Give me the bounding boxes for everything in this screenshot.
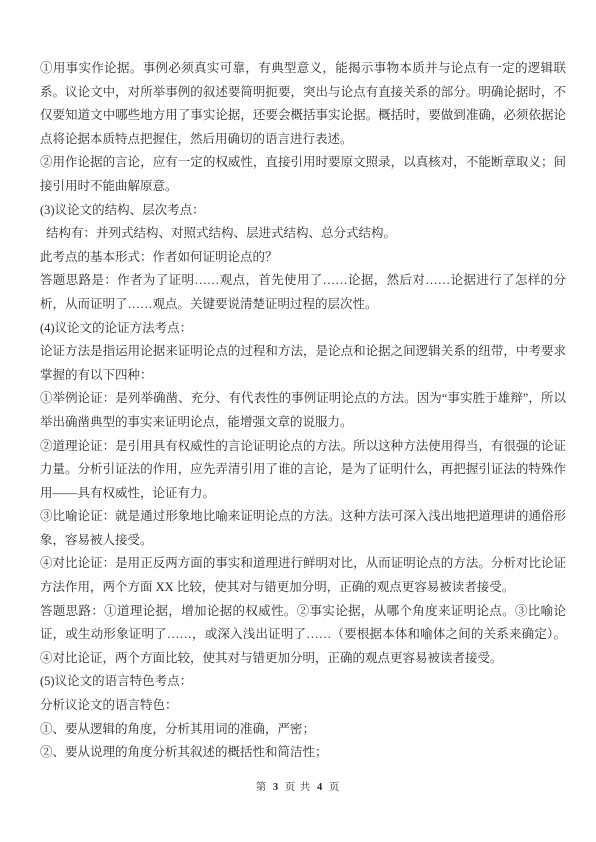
paragraph: 结构有：并列式结构、对照式结构、层进式结构、总分式结构。 [40, 222, 566, 246]
total-page-count: 4 [315, 782, 325, 793]
paragraph: 答题思路是：作者为了证明……观点，首先使用了……论据，然后对……论据进行了怎样的… [40, 269, 566, 316]
paragraph: ④对比论证：是用正反两方面的事实和道理进行鲜明对比，从而证明论点的方法。分析对比… [40, 552, 566, 599]
paragraph: 答题思路：①道理论据，增加论据的权威性。②事实论据，从哪个角度来证明论点。③比喻… [40, 600, 566, 671]
page-footer: 第 3 页 共 4 页 [0, 779, 596, 794]
paragraph: (3)议论文的结构、层次考点： [40, 199, 566, 223]
paragraph: 分析议论文的语言特色： [40, 694, 566, 718]
paragraph: ③比喻论证：就是通过形象地比喻来证明论点的方法。这种方法可深入浅出地把道理讲的通… [40, 505, 566, 552]
paragraph: ①、要从逻辑的角度，分析其用词的准确，严密； [40, 718, 566, 742]
footer-suffix-label: 页 [329, 782, 341, 793]
footer-middle-label: 页 共 [285, 782, 312, 793]
paragraph: (4)议论文的论证方法考点： [40, 317, 566, 341]
paragraph: 此考点的基本形式：作者如何证明论点的？ [40, 246, 566, 270]
paragraph: ②道理论证：是引用具有权威性的言论证明论点的方法。所以这种方法使用得当，有很强的… [40, 435, 566, 506]
paragraph: ①举例论证：是列举确凿、充分、有代表性的事例证明论点的方法。因为“事实胜于雄辩”… [40, 387, 566, 434]
document-body: ①用事实作论据。事例必须真实可靠，有典型意义，能揭示事物本质并与论点有一定的逻辑… [40, 57, 566, 765]
paragraph: ②用作论据的言论，应有一定的权威性，直接引用时要原文照录，以真核对，不能断章取义… [40, 151, 566, 198]
paragraph: (5)议论文的语言特色考点： [40, 670, 566, 694]
document-page: ①用事实作论据。事例必须真实可靠，有典型意义，能揭示事物本质并与论点有一定的逻辑… [0, 0, 596, 842]
footer-prefix-label: 第 [256, 782, 268, 793]
paragraph: ①用事实作论据。事例必须真实可靠，有典型意义，能揭示事物本质并与论点有一定的逻辑… [40, 57, 566, 151]
current-page-number: 3 [271, 782, 281, 793]
paragraph: ②、要从说理的角度分析其叙述的概括性和简洁性； [40, 741, 566, 765]
paragraph: 论证方法是指运用论据来证明论点的过程和方法，是论点和论据之间逻辑关系的纽带，中考… [40, 340, 566, 387]
